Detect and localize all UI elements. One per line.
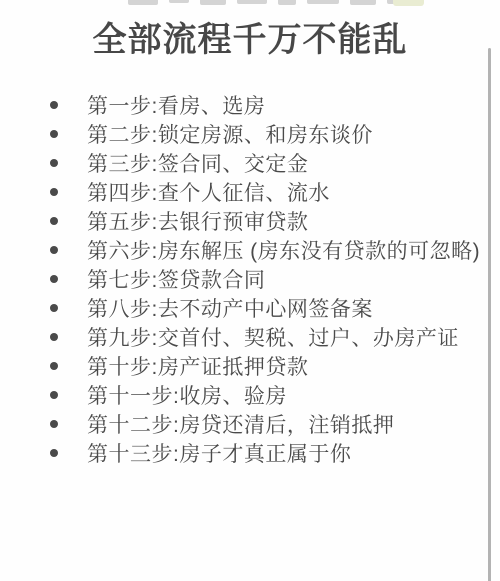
list-item-text: 第五步:去银行预审贷款 <box>87 206 308 236</box>
list-item: 第九步:交首付、契税、过户、办房产证 <box>50 322 500 351</box>
scrollbar[interactable] <box>488 48 491 581</box>
list-item-text: 第十步:房产证抵押贷款 <box>87 351 308 381</box>
list-item: 第十三步:房子才真正属于你 <box>50 438 500 467</box>
cropped-text-fragment <box>128 0 158 5</box>
cropped-header-fragments <box>128 0 403 5</box>
list-item-text: 第九步:交首付、契税、过户、办房产证 <box>87 322 459 352</box>
list-item: 第十二步:房贷还清后，注销抵押 <box>50 409 500 438</box>
cropped-text-fragment <box>169 0 189 3</box>
cropped-text-fragment <box>237 0 267 4</box>
bullet-icon <box>50 304 58 312</box>
cropped-text-fragment <box>200 0 226 5</box>
bullet-icon <box>50 188 58 196</box>
bullet-icon <box>50 217 58 225</box>
steps-list: 第一步:看房、选房 第二步:锁定房源、和房东谈价 第三步:签合同、交定金 第四步… <box>0 90 500 467</box>
list-item: 第六步:房东解压 (房东没有贷款的可忽略) <box>50 235 500 264</box>
bullet-icon <box>50 333 58 341</box>
bullet-icon <box>50 101 58 109</box>
list-item: 第四步:查个人征信、流水 <box>50 177 500 206</box>
list-item: 第十一步:收房、验房 <box>50 380 500 409</box>
bullet-icon <box>50 159 58 167</box>
list-item-text: 第一步:看房、选房 <box>87 90 265 120</box>
page: 全部流程千万不能乱 第一步:看房、选房 第二步:锁定房源、和房东谈价 第三步:签… <box>0 0 500 581</box>
cropped-highlight-fragment <box>393 0 424 6</box>
cropped-text-fragment <box>278 0 296 5</box>
bullet-icon <box>50 362 58 370</box>
list-item-text: 第四步:查个人征信、流水 <box>87 177 330 207</box>
list-item-text: 第十二步:房贷还清后，注销抵押 <box>87 409 394 439</box>
list-item: 第五步:去银行预审贷款 <box>50 206 500 235</box>
bullet-icon <box>50 275 58 283</box>
list-item-text: 第十一步:收房、验房 <box>87 380 287 410</box>
list-item-text: 第六步:房东解压 (房东没有贷款的可忽略) <box>87 235 480 265</box>
list-item: 第三步:签合同、交定金 <box>50 148 500 177</box>
list-item: 第十步:房产证抵押贷款 <box>50 351 500 380</box>
bullet-icon <box>50 420 58 428</box>
list-item: 第八步:去不动产中心网签备案 <box>50 293 500 322</box>
bullet-icon <box>50 391 58 399</box>
list-item-text: 第七步:签贷款合同 <box>87 264 265 294</box>
bullet-icon <box>50 246 58 254</box>
list-item-text: 第十三步:房子才真正属于你 <box>87 438 351 468</box>
list-item: 第一步:看房、选房 <box>50 90 500 119</box>
cropped-text-fragment <box>307 0 339 4</box>
list-item-text: 第三步:签合同、交定金 <box>87 148 308 178</box>
page-title: 全部流程千万不能乱 <box>0 16 500 64</box>
list-item-text: 第二步:锁定房源、和房东谈价 <box>87 119 373 149</box>
bullet-icon <box>50 449 58 457</box>
cropped-text-fragment <box>350 0 376 5</box>
list-item: 第二步:锁定房源、和房东谈价 <box>50 119 500 148</box>
list-item-text: 第八步:去不动产中心网签备案 <box>87 293 373 323</box>
bullet-icon <box>50 130 58 138</box>
list-item: 第七步:签贷款合同 <box>50 264 500 293</box>
